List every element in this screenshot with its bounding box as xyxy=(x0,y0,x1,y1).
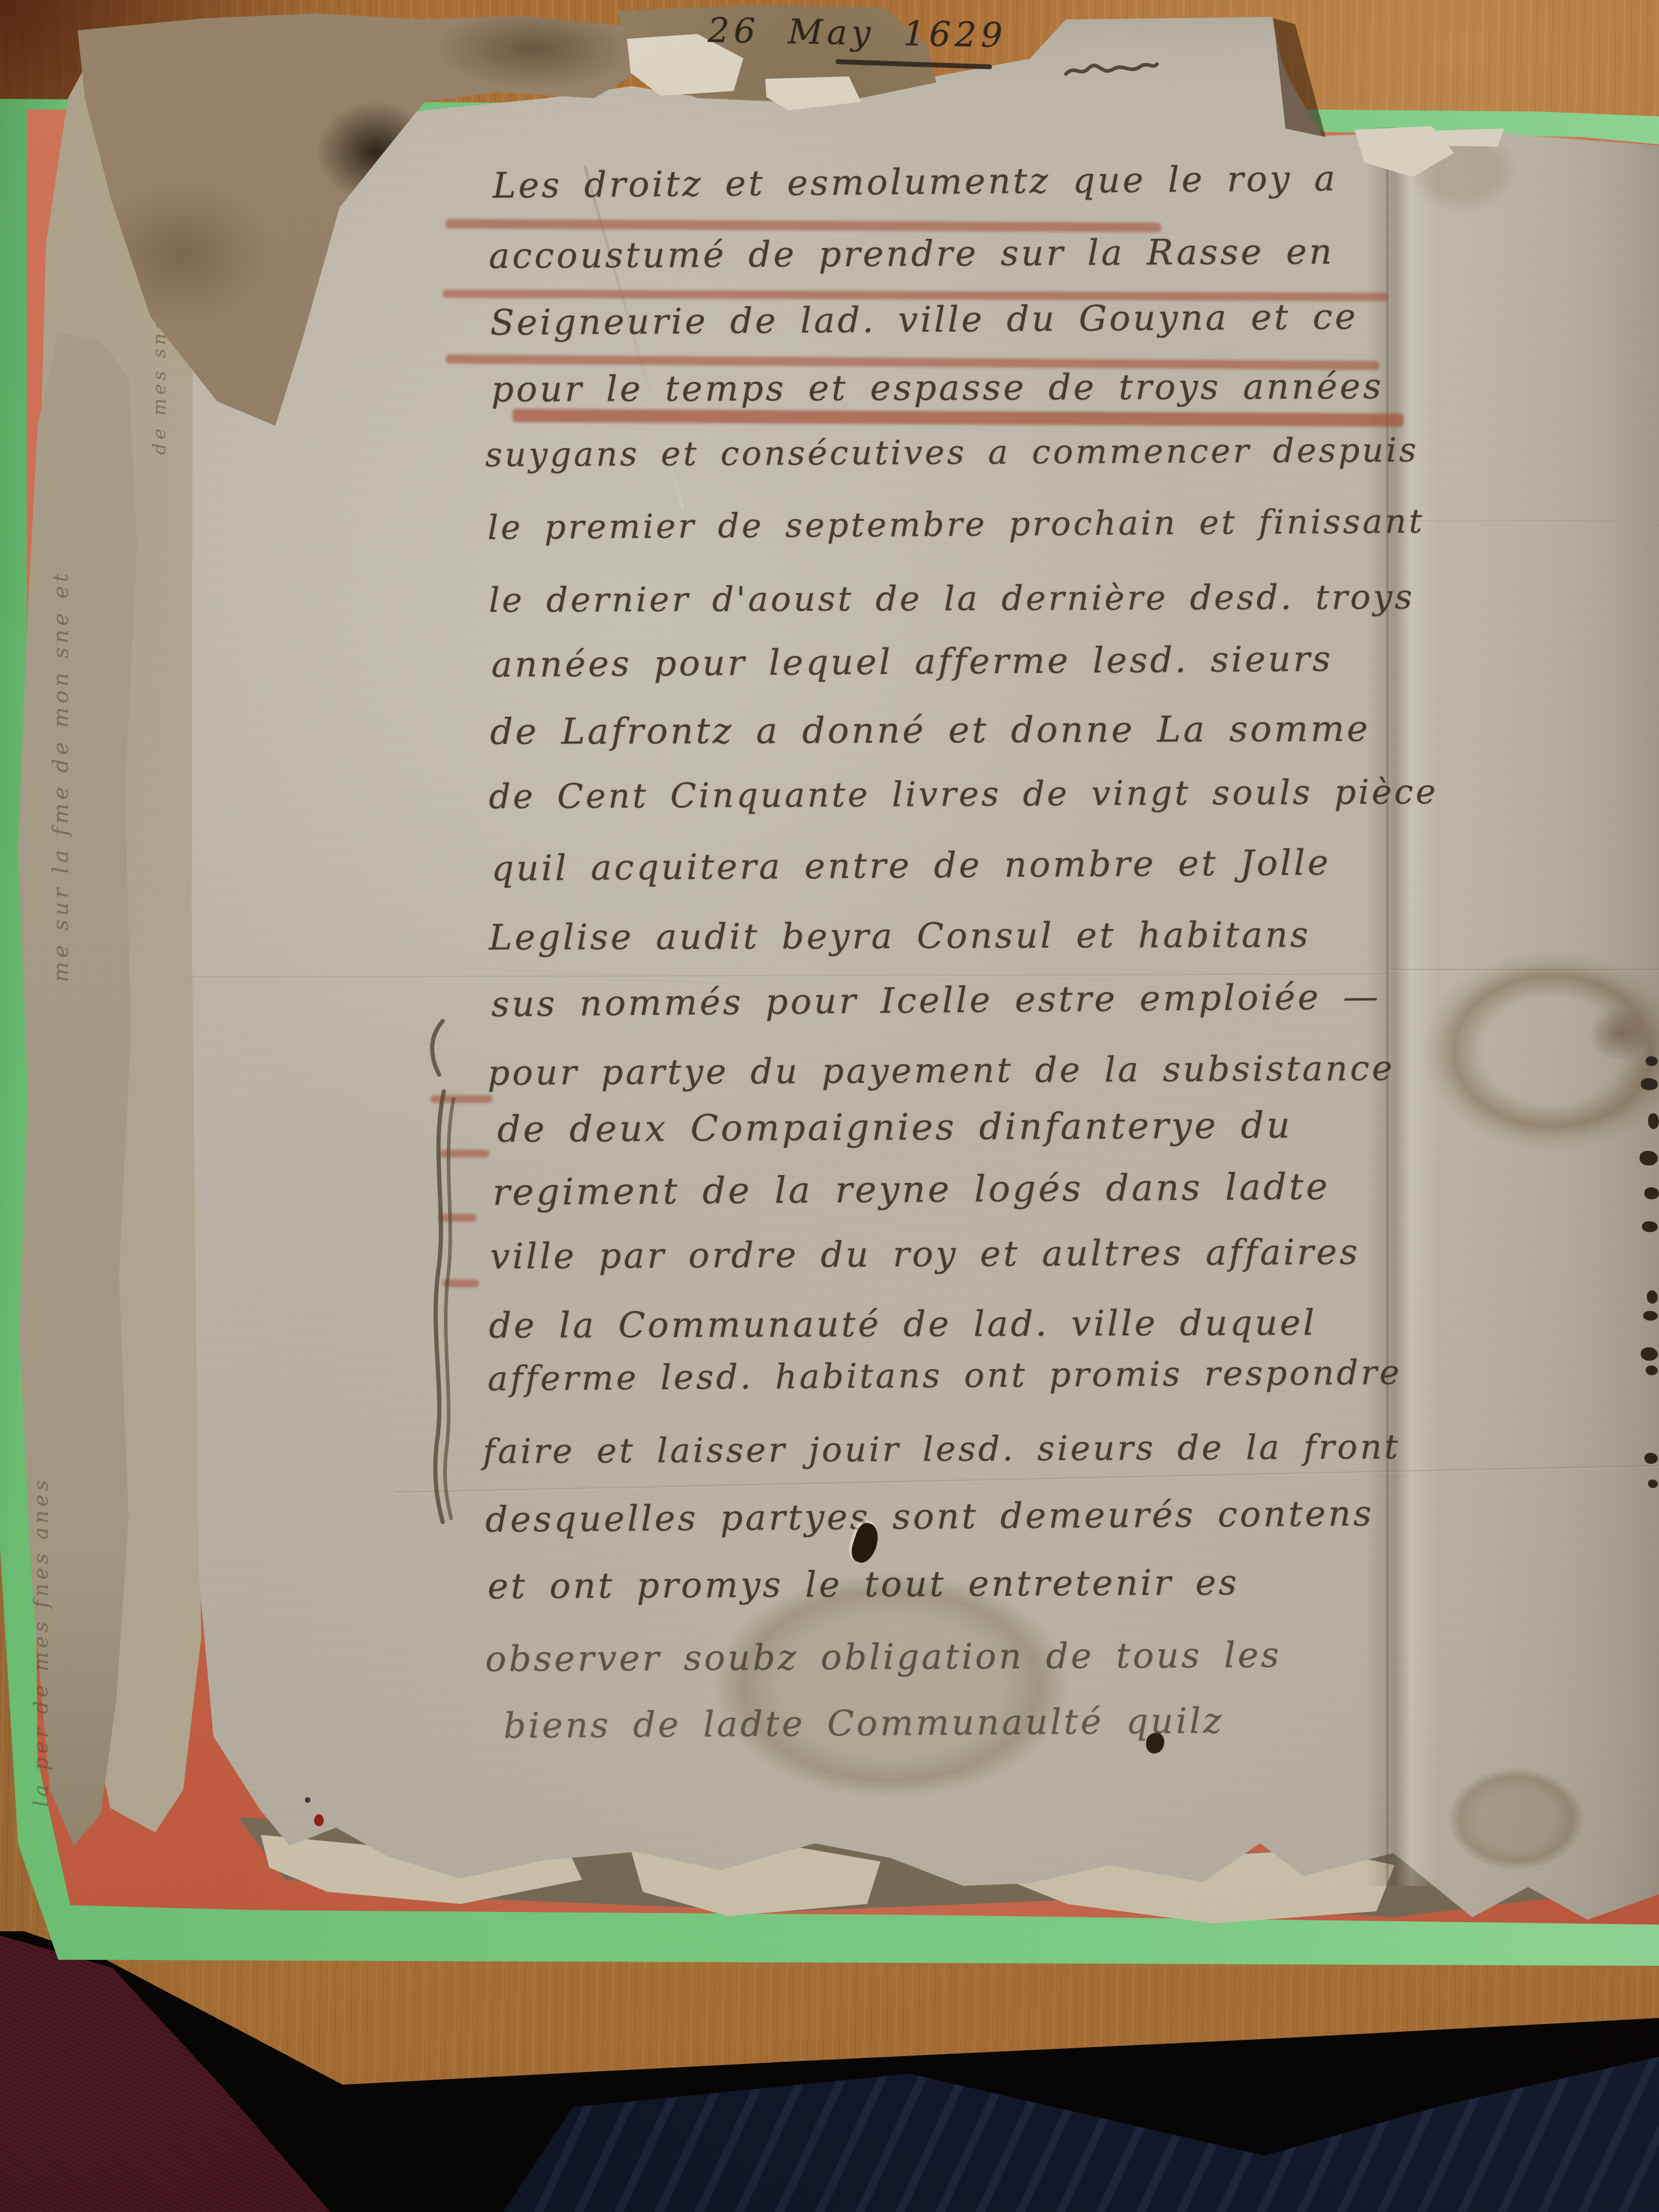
photo-scene: de mes snes me sur la fme de mon sne et … xyxy=(0,0,1659,2212)
photo-vignette xyxy=(0,0,1659,2212)
